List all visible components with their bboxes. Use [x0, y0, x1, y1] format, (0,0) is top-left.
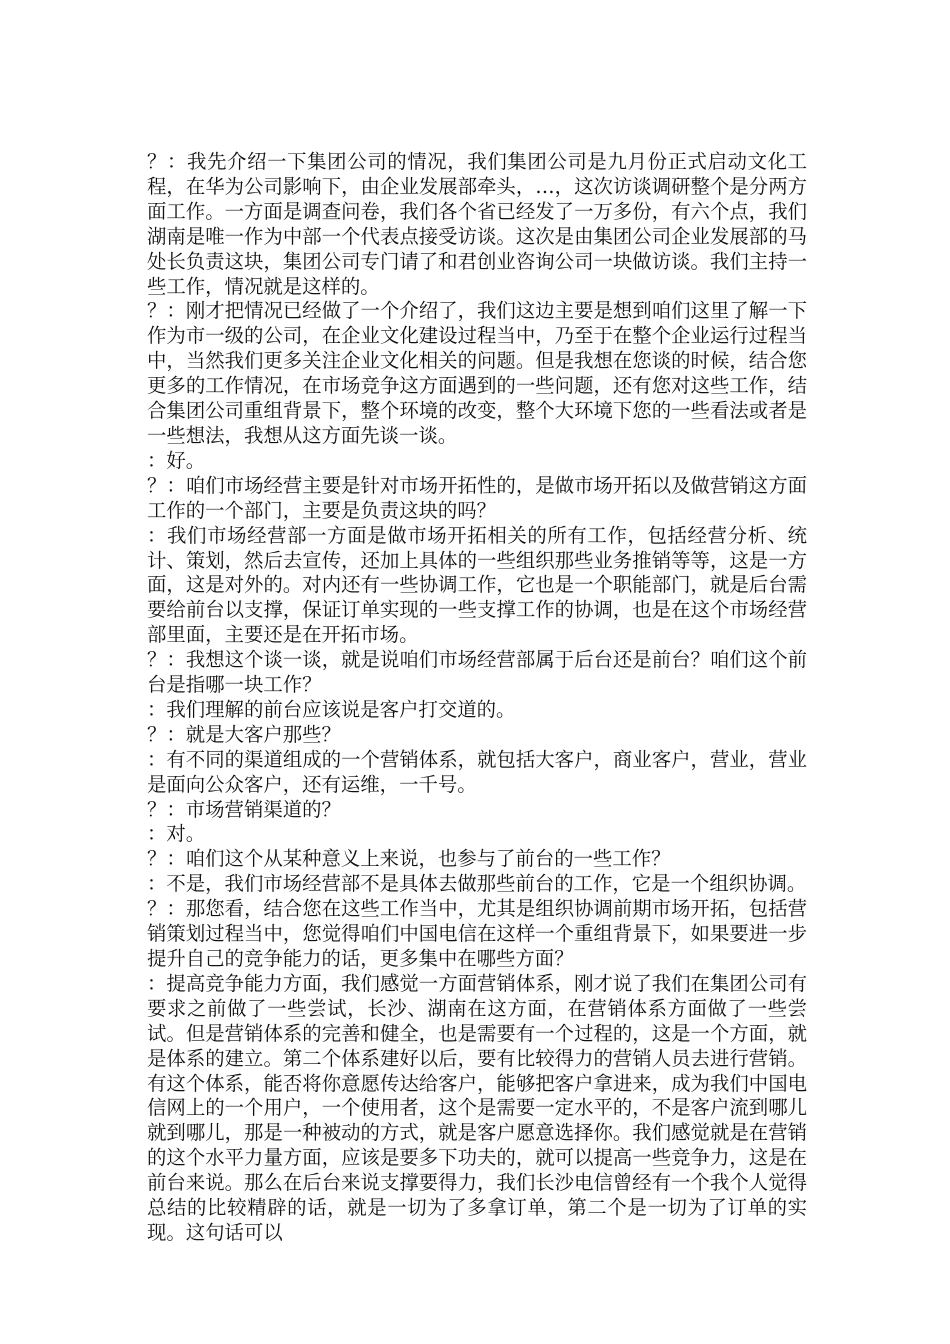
- speaker-label: ？：: [147, 299, 186, 322]
- paragraph-answer-competitiveness: ：提高竞争能力方面，我们感觉一方面营销体系，刚才说了我们在集团公司有要求之前做了…: [147, 972, 807, 1246]
- document-page: ？：我先介绍一下集团公司的情况，我们集团公司是九月份正式启动文化工程，在华为公司…: [0, 0, 950, 1344]
- speaker-label: ：: [147, 748, 166, 771]
- speaker-label: ？：: [147, 723, 186, 746]
- speaker-label: ：: [147, 698, 166, 721]
- paragraph-answer-coordination: ：不是，我们市场经营部不是具体去做那些前台的工作，它是一个组织协调。: [147, 872, 807, 897]
- speaker-label: ？：: [147, 150, 187, 173]
- interview-transcript: ？：我先介绍一下集团公司的情况，我们集团公司是九月份正式启动文化工程，在华为公司…: [147, 150, 807, 1246]
- speaker-label: ？：: [147, 798, 186, 821]
- paragraph-text: 我们市场经营部一方面是做市场开拓相关的所有工作，包括经营分析、统计、策划，然后去…: [147, 524, 807, 647]
- speaker-label: ？：: [147, 474, 186, 497]
- paragraph-answer-front: ：我们理解的前台应该说是客户打交道的。: [147, 698, 807, 723]
- speaker-label: ：: [147, 524, 167, 547]
- speaker-label: ：: [147, 972, 166, 995]
- paragraph-answer-ok: ：好。: [147, 449, 807, 474]
- paragraph-question-front-back: ？：我想这个谈一谈，就是说咱们市场经营部属于后台还是前台？咱们这个前台是指哪一块…: [147, 648, 807, 698]
- paragraph-question-department: ？：咱们市场经营主要是针对市场开拓性的，是做市场开拓以及做营销这方面工作的一个部…: [147, 474, 807, 524]
- paragraph-answer-channels: ：有不同的渠道组成的一个营销体系，就包括大客户，商业客户，营业，营业是面向公众客…: [147, 748, 807, 798]
- paragraph-text: 不是，我们市场经营部不是具体去做那些前台的工作，它是一个组织协调。: [166, 872, 806, 895]
- paragraph-text: 我想这个谈一谈，就是说咱们市场经营部属于后台还是前台？咱们这个前台是指哪一块工作…: [147, 648, 807, 696]
- paragraph-question-marketing-channels: ？：市场营销渠道的？: [147, 798, 807, 823]
- paragraph-text: 对。: [166, 822, 205, 845]
- speaker-label: ：: [147, 822, 166, 845]
- paragraph-question-culture: ？：刚才把情况已经做了一个介绍了，我们这边主要是想到咱们这里了解一下作为市一级的…: [147, 299, 807, 448]
- speaker-label: ：: [147, 449, 166, 472]
- paragraph-answer-yes: ：对。: [147, 822, 807, 847]
- paragraph-text: 市场营销渠道的？: [186, 798, 341, 821]
- paragraph-text: 那您看，结合您在这些工作当中，尤其是组织协调前期市场开拓，包括营销策划过程当中，…: [147, 897, 807, 970]
- paragraph-text: 就是大客户那些？: [186, 723, 341, 746]
- paragraph-text: 有不同的渠道组成的一个营销体系，就包括大客户，商业客户，营业，营业是面向公众客户…: [147, 748, 807, 796]
- paragraph-question-competitiveness: ？：那您看，结合您在这些工作当中，尤其是组织协调前期市场开拓，包括营销策划过程当…: [147, 897, 807, 972]
- paragraph-text: 好。: [166, 449, 205, 472]
- speaker-label: ？：: [147, 897, 186, 920]
- paragraph-question-big-clients: ？：就是大客户那些？: [147, 723, 807, 748]
- paragraph-text: 提高竞争能力方面，我们感觉一方面营销体系，刚才说了我们在集团公司有要求之前做了一…: [147, 972, 807, 1244]
- paragraph-question-participation: ？：咱们这个从某种意义上来说，也参与了前台的一些工作？: [147, 847, 807, 872]
- paragraph-text: 咱们这个从某种意义上来说，也参与了前台的一些工作？: [186, 847, 671, 870]
- paragraph-answer-department: ：我们市场经营部一方面是做市场开拓相关的所有工作，包括经营分析、统计、策划，然后…: [147, 524, 807, 649]
- paragraph-text: 刚才把情况已经做了一个介绍了，我们这边主要是想到咱们这里了解一下作为市一级的公司…: [147, 299, 807, 447]
- paragraph-text: 咱们市场经营主要是针对市场开拓性的，是做市场开拓以及做营销这方面工作的一个部门，…: [147, 474, 807, 522]
- paragraph-text: 我先介绍一下集团公司的情况，我们集团公司是九月份正式启动文化工程，在华为公司影响…: [147, 150, 807, 298]
- paragraph-intro-group-company: ？：我先介绍一下集团公司的情况，我们集团公司是九月份正式启动文化工程，在华为公司…: [147, 150, 807, 299]
- paragraph-text: 我们理解的前台应该说是客户打交道的。: [166, 698, 515, 721]
- speaker-label: ：: [147, 872, 166, 895]
- speaker-label: ？：: [147, 648, 186, 671]
- speaker-label: ？：: [147, 847, 186, 870]
